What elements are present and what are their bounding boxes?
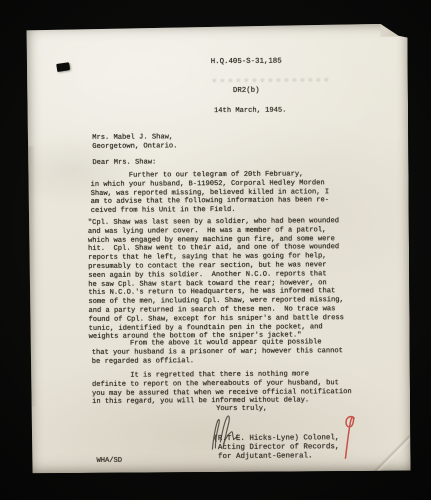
bottom-right-crease: [372, 436, 412, 472]
typist-initials: WHA/SD: [96, 457, 122, 466]
scan-background: H.Q.405-S-31,185 DR2(b) 14th March, 1945…: [0, 0, 431, 500]
salutation: Dear Mrs. Shaw:: [92, 158, 156, 167]
date-line: 14th March, 1945.: [214, 107, 286, 116]
left-edge-shadow: [27, 146, 37, 406]
file-number: H.Q.405-S-31,185: [211, 58, 282, 68]
hole-punch-mark: [56, 62, 70, 72]
red-pen-mark: [342, 413, 360, 463]
corner-fold-crease: [378, 24, 399, 37]
letter-paragraph-intro: Further to our telegram of 20th February…: [90, 170, 329, 216]
reference-block: H.Q.405-S-31,185 DR2(b): [211, 39, 283, 116]
erasure-smudge: [213, 78, 331, 82]
recipient-address: Mrs. Mabel J. Shaw, Georgetown, Ontario.: [92, 133, 177, 152]
letter-paragraph-pow-possibility: From the above it would appear quite pos…: [92, 338, 343, 366]
letter-paragraph-field-report: "Cpl. Shaw was last seen by a soldier, w…: [88, 217, 344, 342]
letter-paragraph-assurance: It is regretted that there is nothing mo…: [92, 370, 352, 407]
signature-name-block: (R.T.E. Hicks-Lyne) Colonel, Acting Dire…: [213, 434, 339, 461]
letter-paper: H.Q.405-S-31,185 DR2(b) 14th March, 1945…: [26, 24, 410, 474]
office-code: DR2(b): [211, 87, 282, 97]
